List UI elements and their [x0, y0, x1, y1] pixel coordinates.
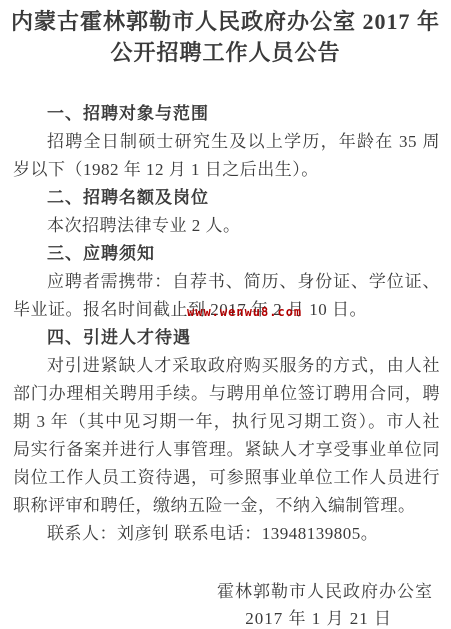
document-body: 一、招聘对象与范围 招聘全日制硕士研究生及以上学历，年龄在 35 周岁以下（19…	[0, 100, 451, 629]
document-title-line-2: 公开招聘工作人员公告	[110, 40, 340, 65]
site-watermark: www.wenwu8.com	[187, 305, 302, 319]
section-2-heading: 二、招聘名额及岗位	[13, 184, 440, 212]
announcement-document: 内蒙古霍林郭勒市人民政府办公室 2017 年 公开招聘工作人员公告 一、招聘对象…	[0, 0, 451, 629]
document-footer: 霍林郭勒市人民政府办公室 2017 年 1 月 21 日	[13, 578, 440, 629]
section-1-paragraph: 招聘全日制硕士研究生及以上学历，年龄在 35 周岁以下（1982 年 12 月 …	[13, 128, 440, 184]
section-quota-positions: 二、招聘名额及岗位 本次招聘法律专业 2 人。	[13, 184, 440, 240]
contact-line: 联系人：刘彦钊 联系电话：13948139805。	[13, 520, 440, 548]
section-2-paragraph: 本次招聘法律专业 2 人。	[13, 212, 440, 240]
section-1-heading: 一、招聘对象与范围	[13, 100, 440, 128]
section-talent-benefits: 四、引进人才待遇 对引进紧缺人才采取政府购买服务的方式，由人社部门办理相关聘用手…	[13, 324, 440, 548]
issuing-office-signature: 霍林郭勒市人民政府办公室	[13, 578, 440, 605]
section-3-heading: 三、应聘须知	[13, 240, 440, 268]
section-4-paragraph: 对引进紧缺人才采取政府购买服务的方式，由人社部门办理相关聘用手续。与聘用单位签订…	[13, 352, 440, 520]
document-title: 内蒙古霍林郭勒市人民政府办公室 2017 年 公开招聘工作人员公告	[0, 0, 451, 68]
section-recruitment-scope: 一、招聘对象与范围 招聘全日制硕士研究生及以上学历，年龄在 35 周岁以下（19…	[13, 100, 440, 184]
issue-date: 2017 年 1 月 21 日	[13, 605, 440, 629]
section-4-heading: 四、引进人才待遇	[13, 324, 440, 352]
document-title-line-1: 内蒙古霍林郭勒市人民政府办公室 2017 年	[11, 9, 440, 34]
